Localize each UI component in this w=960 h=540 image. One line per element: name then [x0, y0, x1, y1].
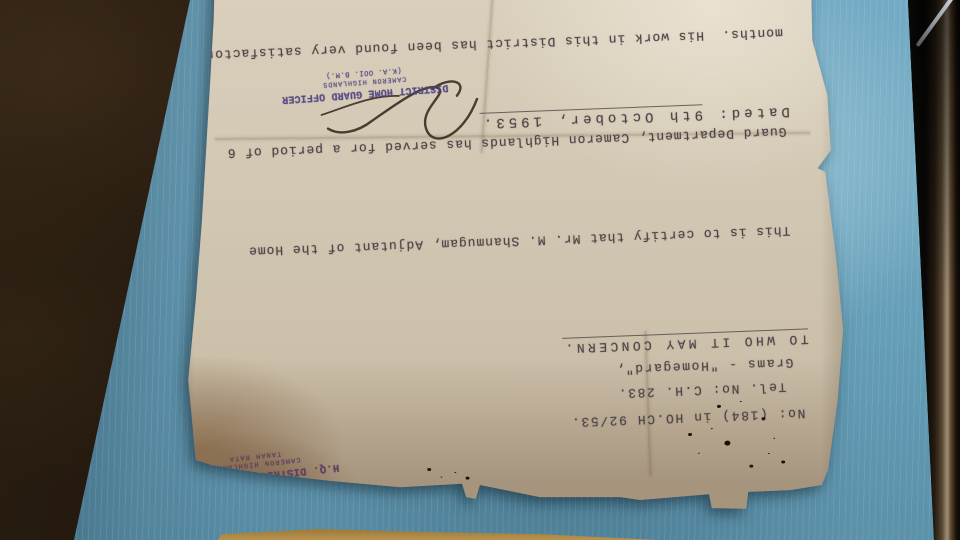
document-paper: No: (184) in HO.CH 92/53. Tel. No: C.H. … [160, 0, 848, 518]
dated-label: Dated: [703, 103, 790, 122]
photo-of-document: No: (184) in HO.CH 92/53. Tel. No: C.H. … [0, 0, 960, 540]
ink-splatter [466, 477, 470, 480]
document-content: No: (184) in HO.CH 92/53. Tel. No: C.H. … [149, 0, 859, 531]
grams-line: Grams - "Homegard", [615, 355, 794, 377]
telephone-line: Tel. No: C.H. 283. [617, 379, 787, 400]
salutation-line: TO WHO IT MAY CONCERN. [562, 328, 809, 355]
body-line: This is to certify that Mr. M. Shanmugam… [204, 214, 791, 269]
body-line: months. His work in this District has be… [196, 16, 783, 71]
ref-number-line: No: (184) in HO.CH 92/53. [570, 406, 805, 430]
body-paragraphs: This is to certify that Mr. M. Shanmugam… [182, 0, 793, 335]
hq-unit-stamp: H.Q. DISTRICT HOME GUARDS CAMERON HIGHLA… [160, 440, 352, 492]
paper-wrapper: No: (184) in HO.CH 92/53. Tel. No: C.H. … [0, 0, 960, 540]
ink-splatter [781, 460, 785, 463]
